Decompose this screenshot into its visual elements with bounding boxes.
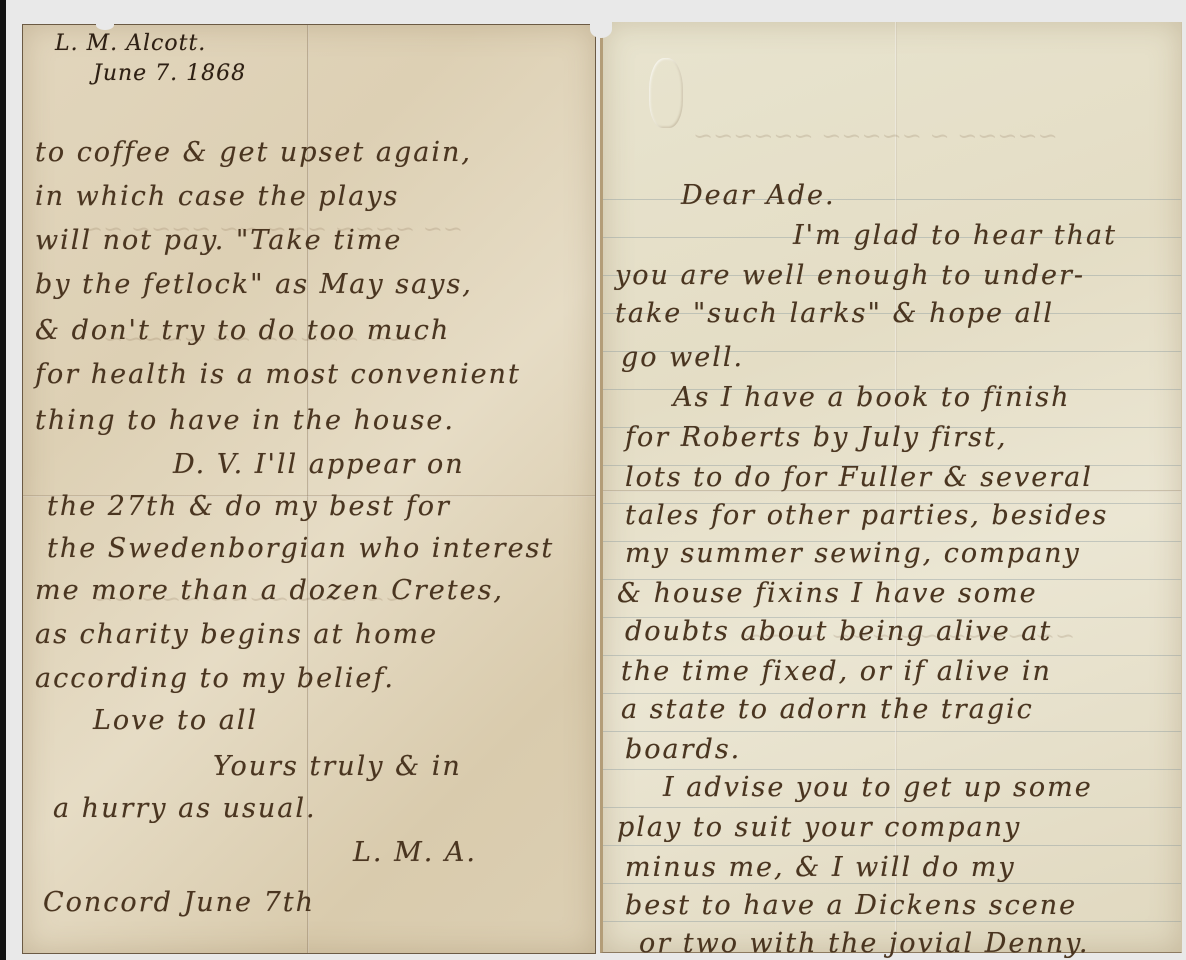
letter-line: I advise you to get up some xyxy=(663,772,1093,803)
place-date-line: Concord June 7th xyxy=(43,887,315,918)
letter-line: as charity begins at home xyxy=(35,619,438,650)
letter-line: best to have a Dickens scene xyxy=(625,890,1077,921)
letter-line: & house fixins I have some xyxy=(617,578,1038,609)
letter-line: my summer sewing, company xyxy=(625,538,1081,569)
scan-edge xyxy=(0,0,6,960)
letter-line: the Swedenborgian who interest xyxy=(47,533,554,564)
letter-line: a state to adorn the tragic xyxy=(621,694,1034,725)
signature-initials: L. M. A. xyxy=(353,837,477,868)
letter-line: I'm glad to hear that xyxy=(793,220,1117,251)
letter-line: by the fetlock" as May says, xyxy=(35,269,473,300)
salutation: Dear Ade. xyxy=(681,180,836,211)
date-header: June 7. 1868 xyxy=(93,61,246,86)
letter-line: the 27th & do my best for xyxy=(47,491,451,522)
letter-line: take "such larks" & hope all xyxy=(615,298,1054,329)
letter-line: or two with the jovial Denny. xyxy=(639,928,1089,959)
letter-line: in which case the plays xyxy=(35,181,399,212)
letter-line: the time fixed, or if alive in xyxy=(621,656,1052,687)
letter-line: doubts about being alive at xyxy=(625,616,1052,647)
letter-closing: Love to all xyxy=(93,705,258,736)
letter-page-right: ~~~~~ ~ ~~~~~ ~~~~~~ ~~ ~~~~ ~~ ~~~ ~~~~… xyxy=(600,22,1182,953)
letter-closing: Yours truly & in xyxy=(213,751,462,782)
letter-line: lots to do for Fuller & several xyxy=(625,462,1093,493)
letter-line: for Roberts by July first, xyxy=(625,422,1007,453)
letter-line: tales for other parties, besides xyxy=(625,500,1108,531)
letter-page-left: ~~ ~~~~ ~~~ ~~ ~~~~ ~~ ~~~ ~~~~~ ~~ ~~~~… xyxy=(22,24,596,954)
letter-line: thing to have in the house. xyxy=(35,405,455,436)
letter-line: minus me, & I will do my xyxy=(625,852,1016,883)
letter-line: me more than a dozen Cretes, xyxy=(35,575,504,606)
letter-line: play to suit your company xyxy=(617,812,1021,843)
ink-bleed-through: ~~~~~ ~ ~~~~~ ~~~~~~ xyxy=(693,122,1058,150)
letter-line: according to my belief. xyxy=(35,663,395,694)
letter-closing: a hurry as usual. xyxy=(53,793,317,824)
letter-line: boards. xyxy=(625,734,741,765)
letter-line: you are well enough to under- xyxy=(615,260,1085,291)
author-header: L. M. Alcott. xyxy=(55,31,206,56)
letter-line: to coffee & get upset again, xyxy=(35,137,472,168)
paper-tear xyxy=(590,20,612,38)
letter-line: D. V. I'll appear on xyxy=(173,449,465,480)
letter-line: for health is a most convenient xyxy=(35,359,521,390)
embossed-stationery-crest xyxy=(649,58,683,128)
letter-line: go well. xyxy=(621,342,744,373)
letter-line: As I have a book to finish xyxy=(673,382,1071,413)
letter-line: will not pay. "Take time xyxy=(35,225,402,256)
letter-line: & don't try to do too much xyxy=(35,315,450,346)
paper-tear xyxy=(96,20,114,30)
